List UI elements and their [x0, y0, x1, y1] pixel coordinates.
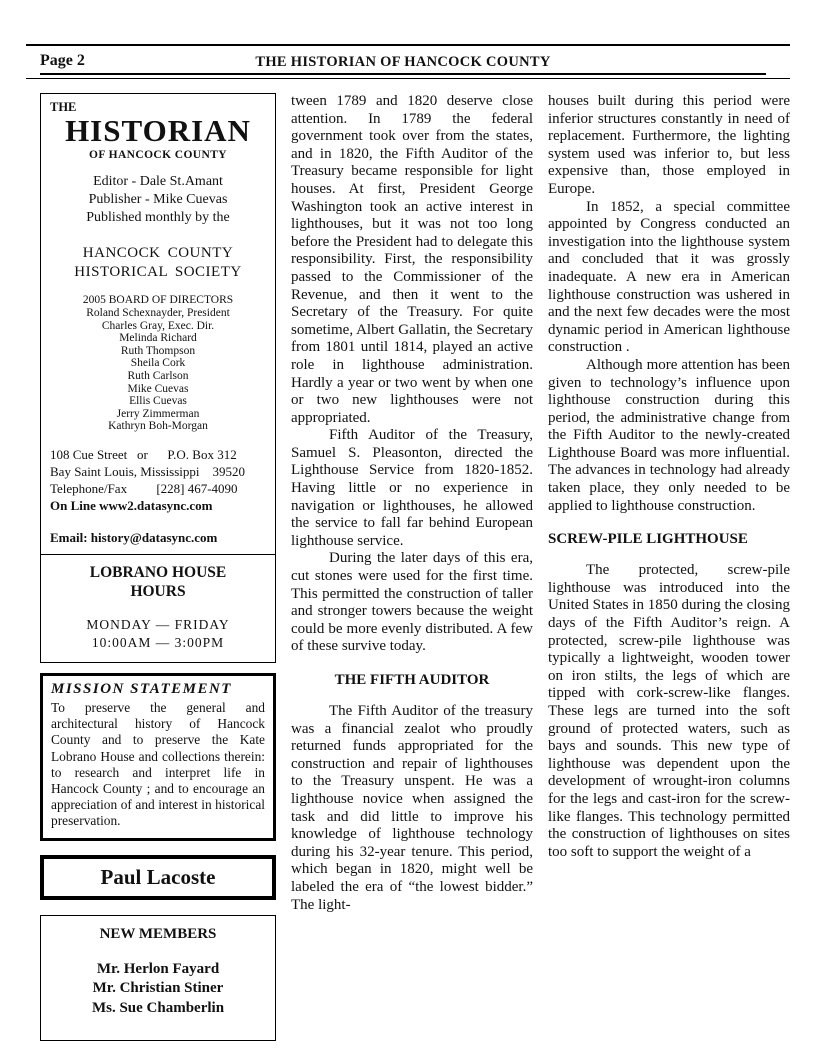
telephone-fax-line: Telephone/Fax [228] 467-4090 [50, 480, 266, 497]
street-address-line: 108 Cue Street or P.O. Box 312 [50, 446, 266, 463]
sidebar: THE HISTORIAN OF HANCOCK COUNTY Editor -… [40, 93, 276, 1041]
publication-info: Editor - Dale St.Amant Publisher - Mike … [50, 173, 266, 227]
publisher-line: Publisher - Mike Cuevas [50, 191, 266, 209]
hours-schedule: MONDAY — FRIDAY 10:00AM — 3:00PM [47, 616, 269, 652]
board-member: Kathryn Boh-Morgan [50, 420, 266, 433]
section-heading-screw-pile: SCREW-PILE LIGHTHOUSE [548, 530, 790, 548]
hours-days-line: MONDAY — FRIDAY [47, 616, 269, 634]
new-member: Ms. Sue Chamberlin [47, 999, 269, 1019]
society-name-line2: HISTORICAL SOCIETY [50, 263, 266, 282]
board-member: Jerry Zimmerman [50, 408, 266, 421]
board-member: Mike Cuevas [50, 383, 266, 396]
header-bottom-rule [26, 78, 790, 79]
article-paragraph: Fifth Auditor of the Treasury, Samuel S.… [291, 427, 533, 550]
website-line: On Line www2.datasync.com [50, 497, 266, 514]
page-content: THE HISTORIAN OF HANCOCK COUNTY Editor -… [40, 93, 790, 1041]
published-monthly-line: Published monthly by the [50, 209, 266, 227]
mission-heading: MISSION STATEMENT [51, 681, 265, 698]
society-name-line1: HANCOCK COUNTY [50, 244, 266, 263]
mission-statement-box: MISSION STATEMENT To preserve the genera… [40, 673, 276, 841]
hours-title-line1: LOBRANO HOUSE [47, 563, 269, 582]
newsletter-page: Page 2 THE HISTORIAN OF HANCOCK COUNTY T… [0, 0, 816, 1056]
article-paragraph: In 1852, a special committee appointed b… [548, 199, 790, 357]
board-heading: 2005 BOARD OF DIRECTORS [50, 294, 266, 307]
masthead-subtitle: OF HANCOCK COUNTY [50, 149, 266, 161]
article-paragraph: During the later days of this era, cut s… [291, 550, 533, 656]
hours-title-line2: HOURS [47, 582, 269, 601]
contact-spacer [50, 514, 266, 529]
board-member: Sheila Cork [50, 357, 266, 370]
new-member: Mr. Christian Stiner [47, 979, 269, 999]
editor-line: Editor - Dale St.Amant [50, 173, 266, 191]
society-name: HANCOCK COUNTY HISTORICAL SOCIETY [50, 244, 266, 282]
feature-name: Paul Lacoste [48, 865, 268, 890]
contact-info: 108 Cue Street or P.O. Box 312 Bay Saint… [50, 446, 266, 546]
mission-body: To preserve the general and architectura… [51, 700, 265, 830]
city-state-zip-line: Bay Saint Louis, Mississippi 39520 [50, 463, 266, 480]
article-column-middle: tween 1789 and 1820 deserve close attent… [291, 93, 533, 1041]
board-member: Roland Schexnayder, President [50, 307, 266, 320]
section-heading-fifth-auditor: THE FIFTH AUDITOR [291, 671, 533, 689]
new-member: Mr. Herlon Fayard [47, 960, 269, 980]
newsletter-running-title: THE HISTORIAN OF HANCOCK COUNTY [40, 54, 766, 71]
new-members-heading: NEW MEMBERS [47, 926, 269, 943]
email-line: Email: history@datasync.com [50, 529, 266, 546]
board-member: Ruth Carlson [50, 370, 266, 383]
new-members-gap [47, 943, 269, 960]
article-paragraph: houses built during this period were inf… [548, 93, 790, 199]
article-paragraph: Although more attention has been given t… [548, 357, 790, 515]
article-paragraph: The Fifth Auditor of the treasury was a … [291, 703, 533, 914]
article-paragraph: The protected, screw-pile lighthouse was… [548, 562, 790, 861]
masthead-title: HISTORIAN [50, 113, 266, 149]
hours-box: LOBRANO HOUSE HOURS MONDAY — FRIDAY 10:0… [40, 554, 276, 663]
new-members-box: NEW MEMBERS Mr. Herlon Fayard Mr. Christ… [40, 915, 276, 1041]
board-member: Melinda Richard [50, 332, 266, 345]
board-member: Charles Gray, Exec. Dir. [50, 320, 266, 333]
article-column-right: houses built during this period were inf… [548, 93, 790, 1041]
page-header: Page 2 THE HISTORIAN OF HANCOCK COUNTY [40, 46, 766, 75]
feature-name-box: Paul Lacoste [40, 855, 276, 900]
board-member: Ellis Cuevas [50, 395, 266, 408]
hours-time-line: 10:00AM — 3:00PM [47, 634, 269, 652]
board-of-directors: 2005 BOARD OF DIRECTORS Roland Schexnayd… [50, 294, 266, 433]
board-member: Ruth Thompson [50, 345, 266, 358]
article-paragraph: tween 1789 and 1820 deserve close attent… [291, 93, 533, 427]
masthead-box: THE HISTORIAN OF HANCOCK COUNTY Editor -… [40, 93, 276, 555]
